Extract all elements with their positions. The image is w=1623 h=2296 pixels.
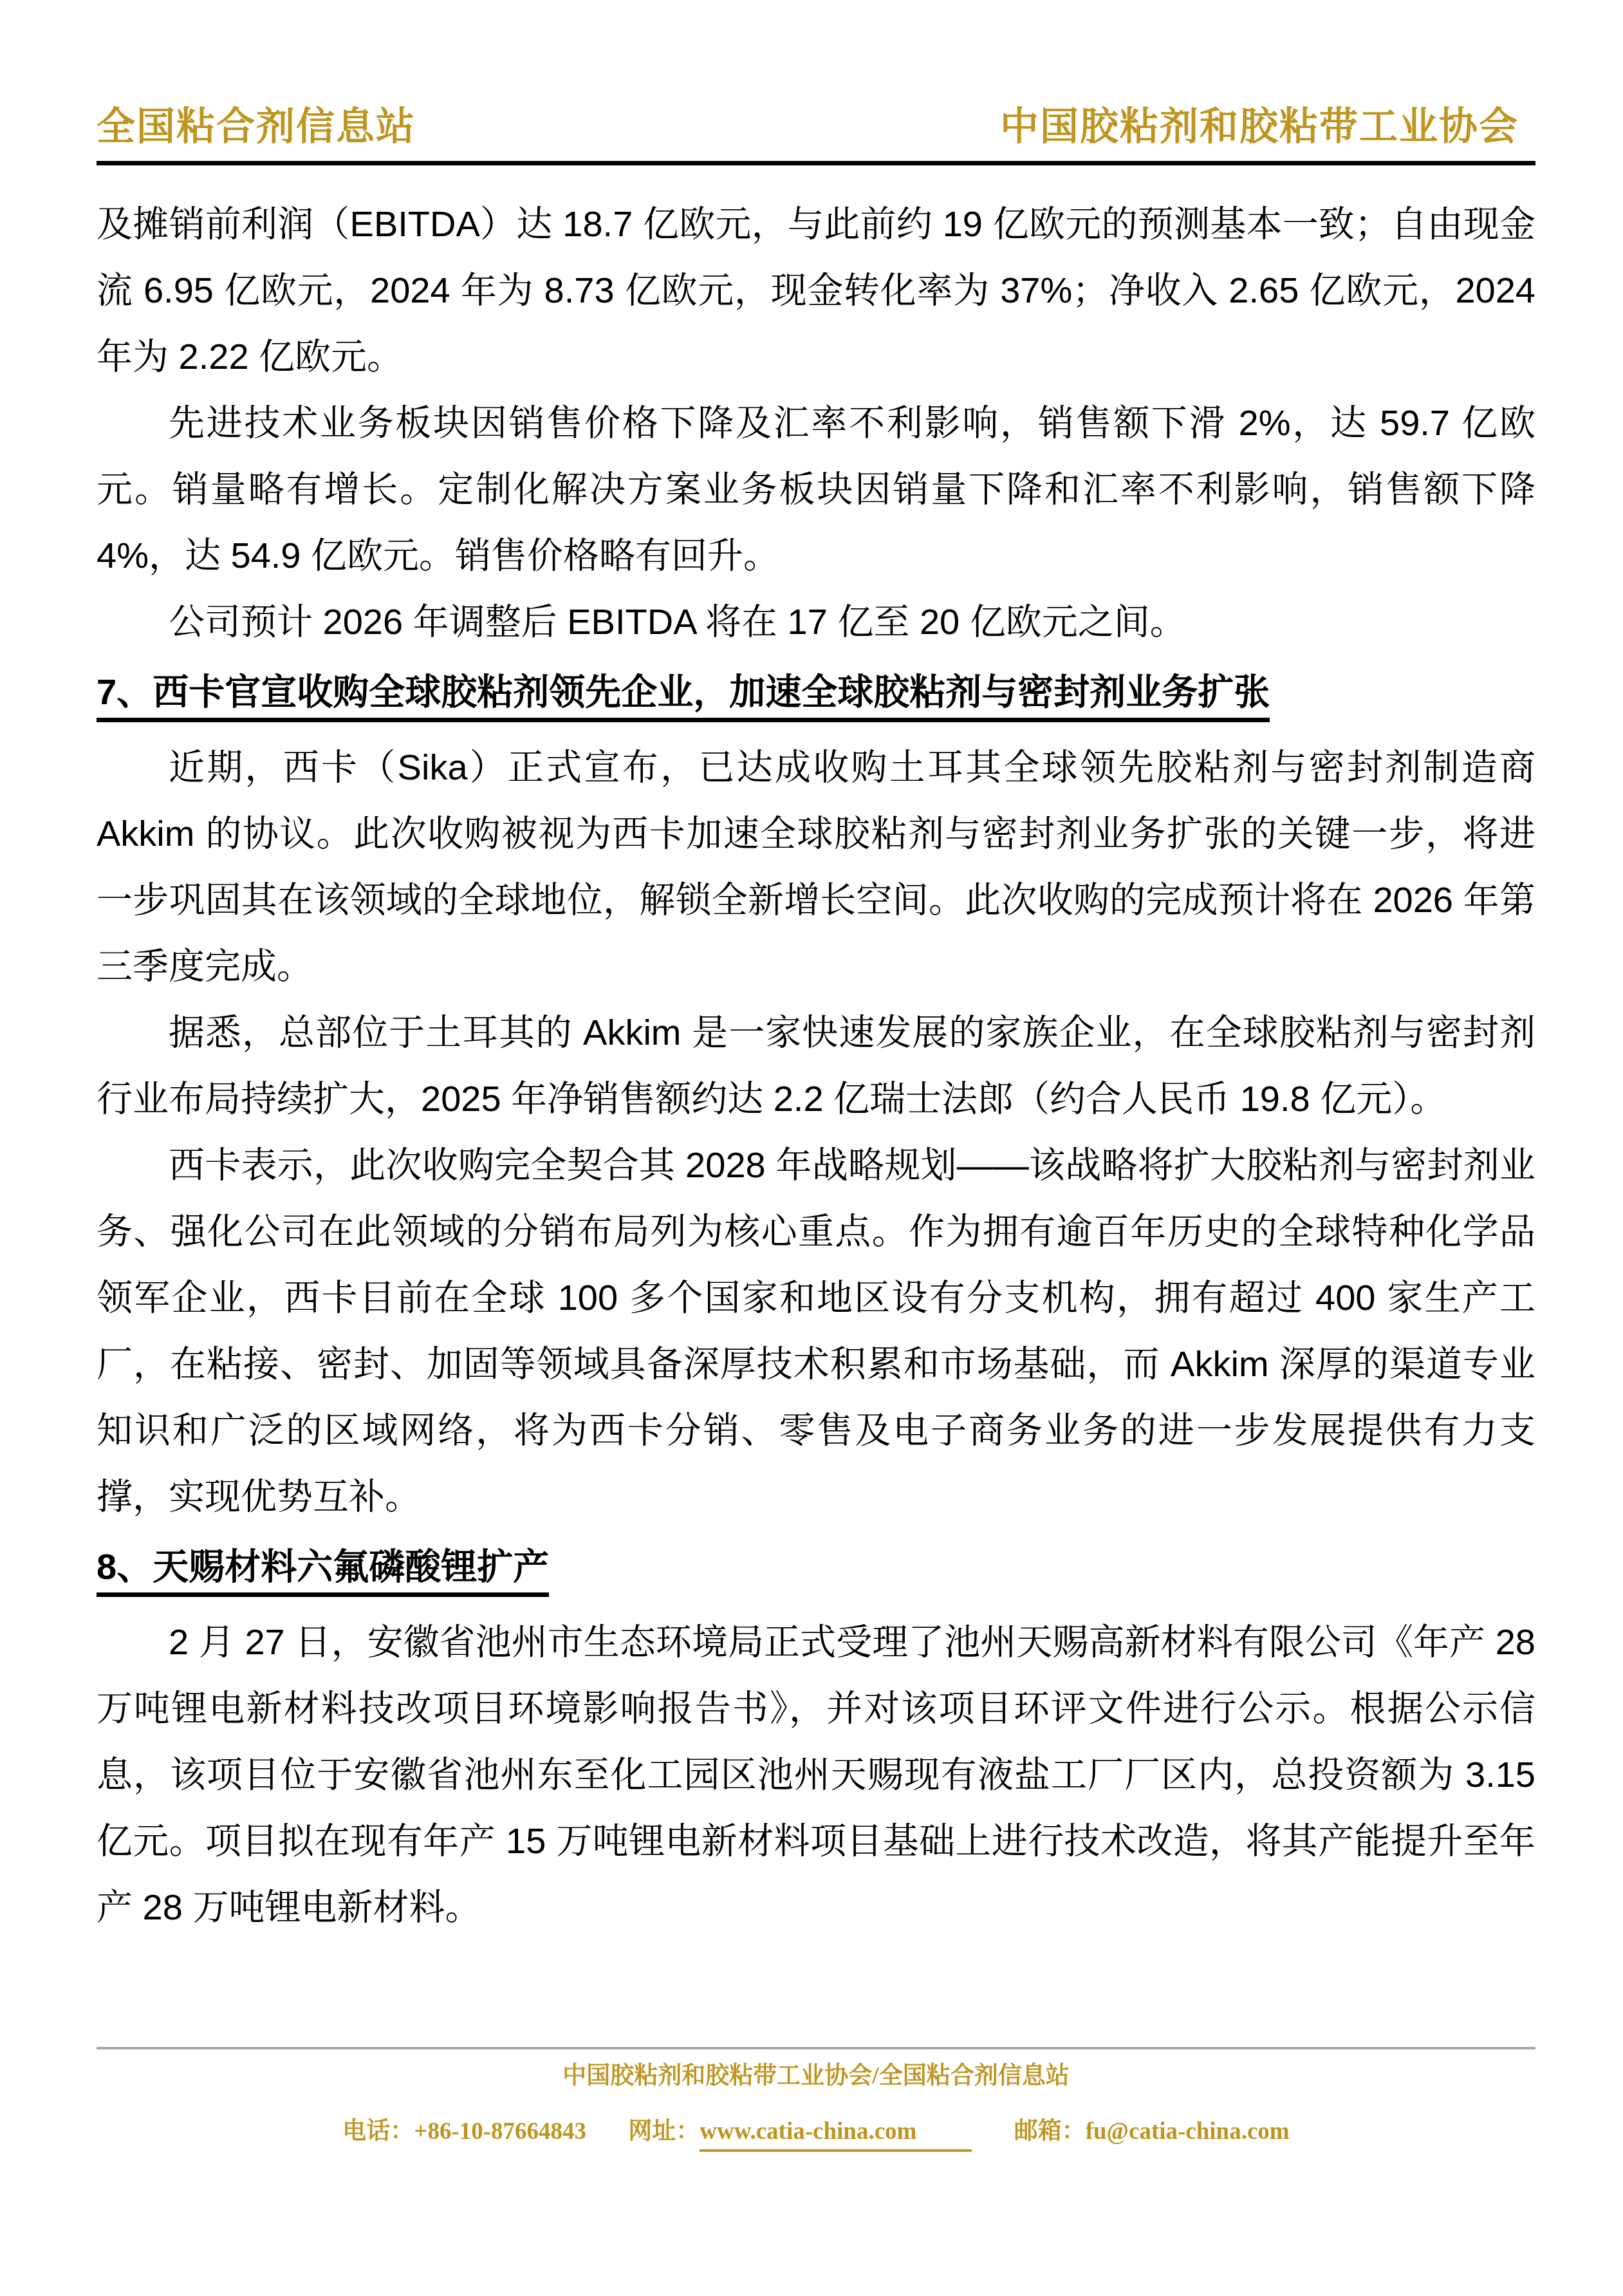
section-heading-8-text: 8、天赐材料六氟磷酸锂扩产 <box>97 1546 549 1597</box>
body-paragraph: 及摊销前利润（EBITDA）达 18.7 亿欧元，与此前约 19 亿欧元的预测基… <box>97 191 1535 389</box>
section-heading-8: 8、天赐材料六氟磷酸锂扩产 <box>97 1533 1535 1600</box>
header-right-title: 中国胶粘剂和胶粘带工业协会 <box>1000 102 1535 152</box>
footer-email-label: 邮箱： <box>1014 2118 1086 2145</box>
footer-phone-label: 电话： <box>342 2118 414 2145</box>
header-row: 全国粘合剂信息站 中国胶粘剂和胶粘带工业协会 <box>97 102 1535 152</box>
section-heading-7-text: 7、西卡官宣收购全球胶粘剂领先企业，加速全球胶粘剂与密封剂业务扩张 <box>97 671 1270 722</box>
body-paragraph: 西卡表示，此次收购完全契合其 2028 年战略规划——该战略将扩大胶粘剂与密封剂… <box>97 1132 1535 1529</box>
footer-contact-line: 电话：+86-10-87664843 网址：www.catia-china.co… <box>97 2116 1535 2152</box>
footer-email-segment: 邮箱：fu@catia-china.com <box>1014 2116 1290 2147</box>
page-footer: 中国胶粘剂和胶粘带工业协会/全国粘合剂信息站 电话：+86-10-8766484… <box>97 2047 1535 2152</box>
footer-email-address: fu@catia-china.com <box>1086 2118 1290 2145</box>
section-heading-7: 7、西卡官宣收购全球胶粘剂领先企业，加速全球胶粘剂与密封剂业务扩张 <box>97 658 1535 725</box>
document-body: 及摊销前利润（EBITDA）达 18.7 亿欧元，与此前约 19 亿欧元的预测基… <box>97 191 1535 1940</box>
footer-web-label: 网址： <box>628 2118 700 2145</box>
body-paragraph: 2 月 27 日，安徽省池州市生态环境局正式受理了池州天赐高新材料有限公司《年产… <box>97 1609 1535 1940</box>
footer-phone-segment: 电话：+86-10-87664843 <box>342 2116 586 2147</box>
header-left-title: 全国粘合剂信息站 <box>97 102 416 152</box>
footer-org-line: 中国胶粘剂和胶粘带工业协会/全国粘合剂信息站 <box>97 2061 1535 2092</box>
footer-website-link[interactable]: www.catia-china.com <box>700 2116 972 2152</box>
footer-phone-number: +86-10-87664843 <box>414 2118 586 2145</box>
document-page: 全国粘合剂信息站 中国胶粘剂和胶粘带工业协会 及摊销前利润（EBITDA）达 1… <box>0 0 1623 2296</box>
body-paragraph: 近期，西卡（Sika）正式宣布，已达成收购土耳其全球领先胶粘剂与密封剂制造商 A… <box>97 734 1535 999</box>
footer-web-segment: 网址：www.catia-china.com <box>628 2116 972 2152</box>
footer-divider <box>97 2047 1535 2049</box>
body-paragraph: 公司预计 2026 年调整后 EBITDA 将在 17 亿至 20 亿欧元之间。 <box>97 588 1535 655</box>
page-header: 全国粘合剂信息站 中国胶粘剂和胶粘带工业协会 <box>97 102 1535 165</box>
body-paragraph: 据悉，总部位于土耳其的 Akkim 是一家快速发展的家族企业，在全球胶粘剂与密封… <box>97 999 1535 1132</box>
body-paragraph: 先进技术业务板块因销售价格下降及汇率不利影响，销售额下滑 2%，达 59.7 亿… <box>97 389 1535 588</box>
header-divider <box>97 161 1535 165</box>
